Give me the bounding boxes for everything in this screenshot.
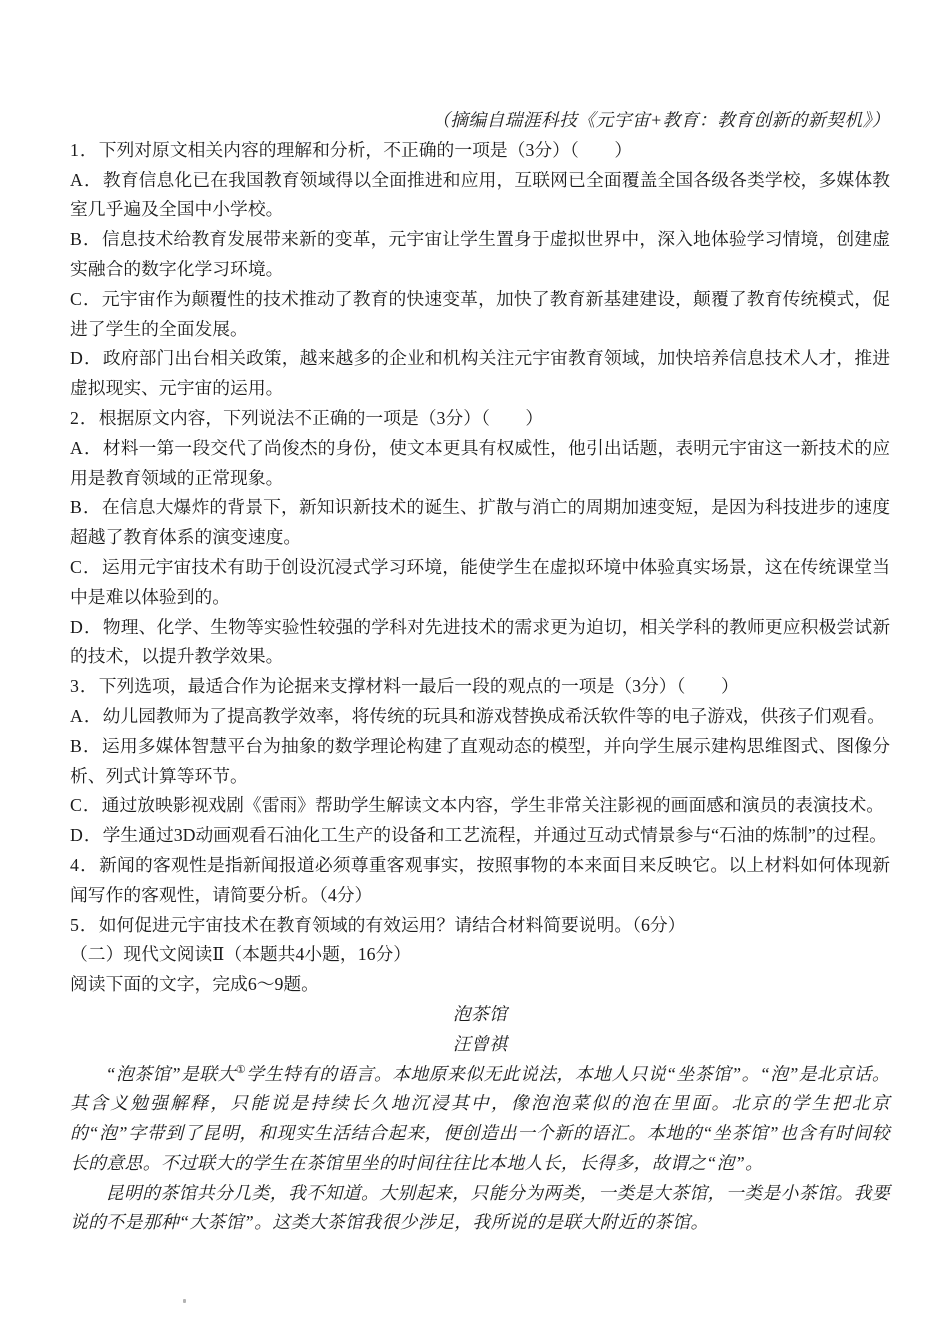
option-a-text: 幼儿园教师为了提高教学效率，将传统的玩具和游戏替换成希沃软件等的电子游戏，供孩子… xyxy=(103,706,885,726)
option-c-text: 运用元宇宙技术有助于创设沉浸式学习环境，能使学生在虚拟环境中体验真实场景，这在传… xyxy=(70,557,890,607)
question-3-option-d: D．学生通过3D动画观看石油化工生产的设备和工艺流程，并通过互动式情景参与“石油… xyxy=(70,821,890,851)
question-4-stem: 4．新闻的客观性是指新闻报道必须尊重客观事实，按照事物的本来面目来反映它。以上材… xyxy=(70,851,890,911)
question-1-option-b: B．信息技术给教育发展带来新的变革，元宇宙让学生置身于虚拟世界中，深入地体验学习… xyxy=(70,225,890,285)
option-a-text: 材料一第一段交代了尚俊杰的身份，使文本更具有权威性，他引出话题，表明元宇宙这一新… xyxy=(70,438,890,488)
question-5-stem: 5．如何促进元宇宙技术在教育领域的有效运用？请结合材料简要说明。（6分） xyxy=(70,911,890,941)
option-b-text: 运用多媒体智慧平台为抽象的数学理论构建了直观动态的模型，并向学生展示建构思维图式… xyxy=(70,736,890,786)
option-a-label: A． xyxy=(70,706,103,726)
option-d-label: D． xyxy=(70,825,103,845)
question-3-option-b: B．运用多媒体智慧平台为抽象的数学理论构建了直观动态的模型，并向学生展示建构思维… xyxy=(70,732,890,792)
option-c-label: C． xyxy=(70,795,102,815)
question-4-stem-text: 新闻的客观性是指新闻报道必须尊重客观事实，按照事物的本来面目来反映它。以上材料如… xyxy=(70,855,890,905)
essay-paragraph-1-text: “泡茶馆”是联大 xyxy=(106,1064,236,1084)
question-5-stem-text: 如何促进元宇宙技术在教育领域的有效运用？请结合材料简要说明。（6分） xyxy=(99,915,686,935)
section-2-heading: （二）现代文阅读Ⅱ（本题共4小题，16分） xyxy=(70,940,890,970)
question-5-number: 5． xyxy=(70,915,99,935)
footnote-marker: ① xyxy=(236,1064,246,1076)
option-b-text: 信息技术给教育发展带来新的变革，元宇宙让学生置身于虚拟世界中，深入地体验学习情境… xyxy=(70,229,890,279)
option-a-text: 教育信息化已在我国教育领域得以全面推进和应用，互联网已全面覆盖全国各级各类学校，… xyxy=(70,170,890,220)
option-d-label: D． xyxy=(70,617,103,637)
question-3-stem: 3．下列选项，最适合作为论据来支撑材料一最后一段的观点的一项是（3分）（ ） xyxy=(70,672,890,702)
question-1-number: 1． xyxy=(70,140,99,160)
essay-paragraph-2: 昆明的茶馆共分几类，我不知道。大别起来，只能分为两类，一类是大茶馆，一类是小茶馆… xyxy=(70,1179,890,1239)
option-d-text: 物理、化学、生物等实验性较强的学科对先进技术的需求更为迫切，相关学科的教师更应积… xyxy=(70,617,890,667)
option-b-text: 在信息大爆炸的背景下，新知识新技术的诞生、扩散与消亡的周期加速变短，是因为科技进… xyxy=(70,497,890,547)
question-3-number: 3． xyxy=(70,676,99,696)
question-1-option-c: C．元宇宙作为颠覆性的技术推动了教育的快速变革，加快了教育新基建建设，颠覆了教育… xyxy=(70,285,890,345)
question-1-stem: 1．下列对原文相关内容的理解和分析，不正确的一项是（3分）（ ） xyxy=(70,136,890,166)
option-c-text: 元宇宙作为颠覆性的技术推动了教育的快速变革，加快了教育新基建建设，颠覆了教育传统… xyxy=(70,289,890,339)
question-2-option-c: C．运用元宇宙技术有助于创设沉浸式学习环境，能使学生在虚拟环境中体验真实场景，这… xyxy=(70,553,890,613)
option-c-text: 通过放映影视戏剧《雷雨》帮助学生解读文本内容，学生非常关注影视的画面感和演员的表… xyxy=(102,795,884,815)
option-a-label: A． xyxy=(70,438,103,458)
question-4-number: 4． xyxy=(70,855,99,875)
essay-author: 汪曾祺 xyxy=(70,1030,890,1060)
option-b-label: B． xyxy=(70,229,102,249)
option-d-text: 学生通过3D动画观看石油化工生产的设备和工艺流程，并通过互动式情景参与“石油的炼… xyxy=(103,825,887,845)
question-3-stem-text: 下列选项，最适合作为论据来支撑材料一最后一段的观点的一项是（3分）（ ） xyxy=(99,676,739,696)
question-2-stem-text: 根据原文内容，下列说法不正确的一项是（3分）（ ） xyxy=(99,408,544,428)
option-b-label: B． xyxy=(70,736,102,756)
question-2-option-d: D．物理、化学、生物等实验性较强的学科对先进技术的需求更为迫切，相关学科的教师更… xyxy=(70,613,890,673)
source-attribution: （摘编自瑞涯科技《元宇宙+教育：教育创新的新契机》） xyxy=(70,106,890,136)
option-b-label: B． xyxy=(70,497,102,517)
option-a-label: A． xyxy=(70,170,103,190)
question-2-stem: 2．根据原文内容，下列说法不正确的一项是（3分）（ ） xyxy=(70,404,890,434)
option-d-text: 政府部门出台相关政策，越来越多的企业和机构关注元宇宙教育领域，加快培养信息技术人… xyxy=(70,348,890,398)
question-1-stem-text: 下列对原文相关内容的理解和分析，不正确的一项是（3分）（ ） xyxy=(99,140,632,160)
scan-artifact xyxy=(183,1299,186,1303)
section-2-instruction: 阅读下面的文字，完成6～9题。 xyxy=(70,970,890,1000)
question-2-number: 2． xyxy=(70,408,99,428)
question-2-option-a: A．材料一第一段交代了尚俊杰的身份，使文本更具有权威性，他引出话题，表明元宇宙这… xyxy=(70,434,890,494)
option-c-label: C． xyxy=(70,289,102,309)
question-1-option-d: D．政府部门出台相关政策，越来越多的企业和机构关注元宇宙教育领域，加快培养信息技… xyxy=(70,344,890,404)
question-2-option-b: B．在信息大爆炸的背景下，新知识新技术的诞生、扩散与消亡的周期加速变短，是因为科… xyxy=(70,493,890,553)
essay-title: 泡茶馆 xyxy=(70,1000,890,1030)
option-d-label: D． xyxy=(70,348,103,368)
essay-paragraph-1: “泡茶馆”是联大①学生特有的语言。本地原来似无此说法，本地人只说“坐茶馆”。“泡… xyxy=(70,1060,890,1179)
exam-paper-page: （摘编自瑞涯科技《元宇宙+教育：教育创新的新契机》） 1．下列对原文相关内容的理… xyxy=(0,0,950,1344)
question-1-option-a: A．教育信息化已在我国教育领域得以全面推进和应用，互联网已全面覆盖全国各级各类学… xyxy=(70,166,890,226)
question-3-option-a: A．幼儿园教师为了提高教学效率，将传统的玩具和游戏替换成希沃软件等的电子游戏，供… xyxy=(70,702,890,732)
option-c-label: C． xyxy=(70,557,102,577)
question-3-option-c: C．通过放映影视戏剧《雷雨》帮助学生解读文本内容，学生非常关注影视的画面感和演员… xyxy=(70,791,890,821)
